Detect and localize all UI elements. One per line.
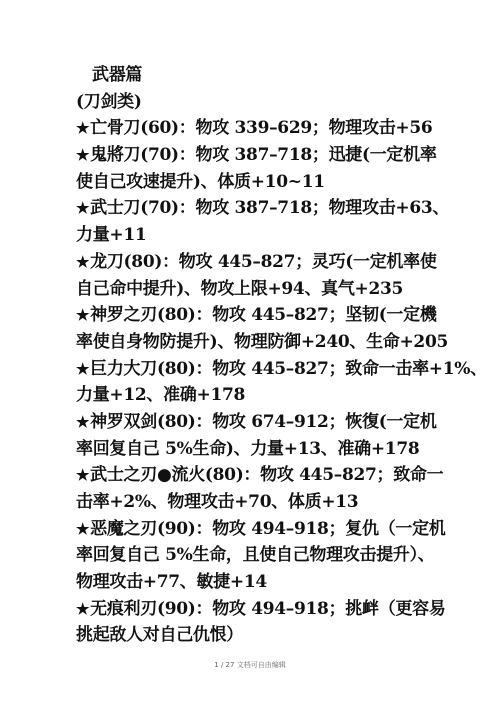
weapon-entry: ★恶魔之刃(90)：物攻 494–918；复仇（一定机 <box>76 516 486 543</box>
star-bullet-icon: ★ <box>76 119 89 137</box>
star-bullet-icon: ★ <box>76 360 89 378</box>
star-bullet-icon: ★ <box>76 199 89 217</box>
category-heading: (刀剑类) <box>76 89 486 116</box>
weapon-entry: ★武士刀(70)：物攻 387–718；物理攻击+63、 <box>76 195 486 222</box>
weapon-list: ★亡骨刀(60)：物攻 339–629；物理攻击+56★鬼將刀(70)：物攻 3… <box>76 115 486 649</box>
entry-text: 物理攻击+77、敏捷+14 <box>76 572 267 592</box>
entry-text: 率回复自己 5%生命，且使自己物理攻击提升）、 <box>76 545 435 565</box>
weapon-entry: ★巨力大刀(80)：物攻 445–827；致命一击率+1%、 <box>76 356 486 383</box>
weapon-entry: ★无痕利刃(90)：物攻 494–918；挑衅（更容易 <box>76 596 486 623</box>
entry-text: 力量+11 <box>76 225 146 245</box>
entry-text: 龙刀(80)：物攻 445–827；灵巧(一定机率使 <box>90 252 436 272</box>
entry-text: 无痕利刃(90)：物攻 494–918；挑衅（更容易 <box>90 599 445 619</box>
weapon-entry-continuation: 击率+2%、物理攻击+70、体质+13 <box>76 489 486 516</box>
star-bullet-icon: ★ <box>76 146 89 164</box>
entry-text: 巨力大刀(80)：物攻 445–827；致命一击率+1%、 <box>90 359 487 379</box>
document-page: 武器篇 (刀剑类) ★亡骨刀(60)：物攻 339–629；物理攻击+56★鬼將… <box>0 0 500 708</box>
entry-text: 神罗双剑(80)：物攻 674–912；恢復(一定机 <box>90 412 436 432</box>
weapon-entry: ★武士之刃●流火(80)：物攻 445–827；致命一 <box>76 462 486 489</box>
page-footer: 1 / 27 文档可自由编辑 <box>0 660 500 670</box>
star-bullet-icon: ★ <box>76 600 89 618</box>
star-bullet-icon: ★ <box>76 413 89 431</box>
entry-text: 自己命中提升)、物攻上限+94、真气+235 <box>76 279 403 299</box>
entry-text: 鬼將刀(70)：物攻 387–718；迅捷(一定机率 <box>90 145 436 165</box>
weapon-entry-continuation: 率回复自己 5%生命，且使自己物理攻击提升）、 <box>76 542 486 569</box>
entry-text: 使自己攻速提升)、体质+10~11 <box>76 172 325 192</box>
entry-text: 恶魔之刃(90)：物攻 494–918；复仇（一定机 <box>90 519 445 539</box>
star-bullet-icon: ★ <box>76 253 89 271</box>
entry-text: 神罗之刃(80)：物攻 445–827；坚韧(一定機 <box>90 305 436 325</box>
weapon-entry-continuation: 率使自身物防提升)、物理防御+240、生命+205 <box>76 329 486 356</box>
weapon-entry: ★龙刀(80)：物攻 445–827；灵巧(一定机率使 <box>76 249 486 276</box>
star-bullet-icon: ★ <box>76 306 89 324</box>
star-bullet-icon: ★ <box>76 466 89 484</box>
weapon-entry-continuation: 自己命中提升)、物攻上限+94、真气+235 <box>76 276 486 303</box>
star-bullet-icon: ★ <box>76 520 89 538</box>
entry-text: 亡骨刀(60)：物攻 339–629；物理攻击+56 <box>90 118 432 138</box>
weapon-entry-continuation: 率回复自己 5%生命)、力量+13、准确+178 <box>76 436 486 463</box>
weapon-entry: ★亡骨刀(60)：物攻 339–629；物理攻击+56 <box>76 115 486 142</box>
section-title: 武器篇 <box>76 62 486 89</box>
entry-text: 率回复自己 5%生命)、力量+13、准确+178 <box>76 439 419 459</box>
document-content: 武器篇 (刀剑类) ★亡骨刀(60)：物攻 339–629；物理攻击+56★鬼將… <box>76 62 486 649</box>
entry-text: 挑起敌人对自己仇恨） <box>76 625 243 645</box>
weapon-entry: ★神罗之刃(80)：物攻 445–827；坚韧(一定機 <box>76 302 486 329</box>
entry-text: 武士之刃●流火(80)：物攻 445–827；致命一 <box>90 465 443 485</box>
weapon-entry-continuation: 力量+11 <box>76 222 486 249</box>
weapon-entry: ★神罗双剑(80)：物攻 674–912；恢復(一定机 <box>76 409 486 436</box>
entry-text: 武士刀(70)：物攻 387–718；物理攻击+63、 <box>90 198 449 218</box>
weapon-entry-continuation: 挑起敌人对自己仇恨） <box>76 622 486 649</box>
weapon-entry-continuation: 物理攻击+77、敏捷+14 <box>76 569 486 596</box>
entry-text: 力量+12、准确+178 <box>76 385 245 405</box>
entry-text: 击率+2%、物理攻击+70、体质+13 <box>76 492 358 512</box>
weapon-entry-continuation: 使自己攻速提升)、体质+10~11 <box>76 169 486 196</box>
entry-text: 率使自身物防提升)、物理防御+240、生命+205 <box>76 332 448 352</box>
weapon-entry-continuation: 力量+12、准确+178 <box>76 382 486 409</box>
weapon-entry: ★鬼將刀(70)：物攻 387–718；迅捷(一定机率 <box>76 142 486 169</box>
